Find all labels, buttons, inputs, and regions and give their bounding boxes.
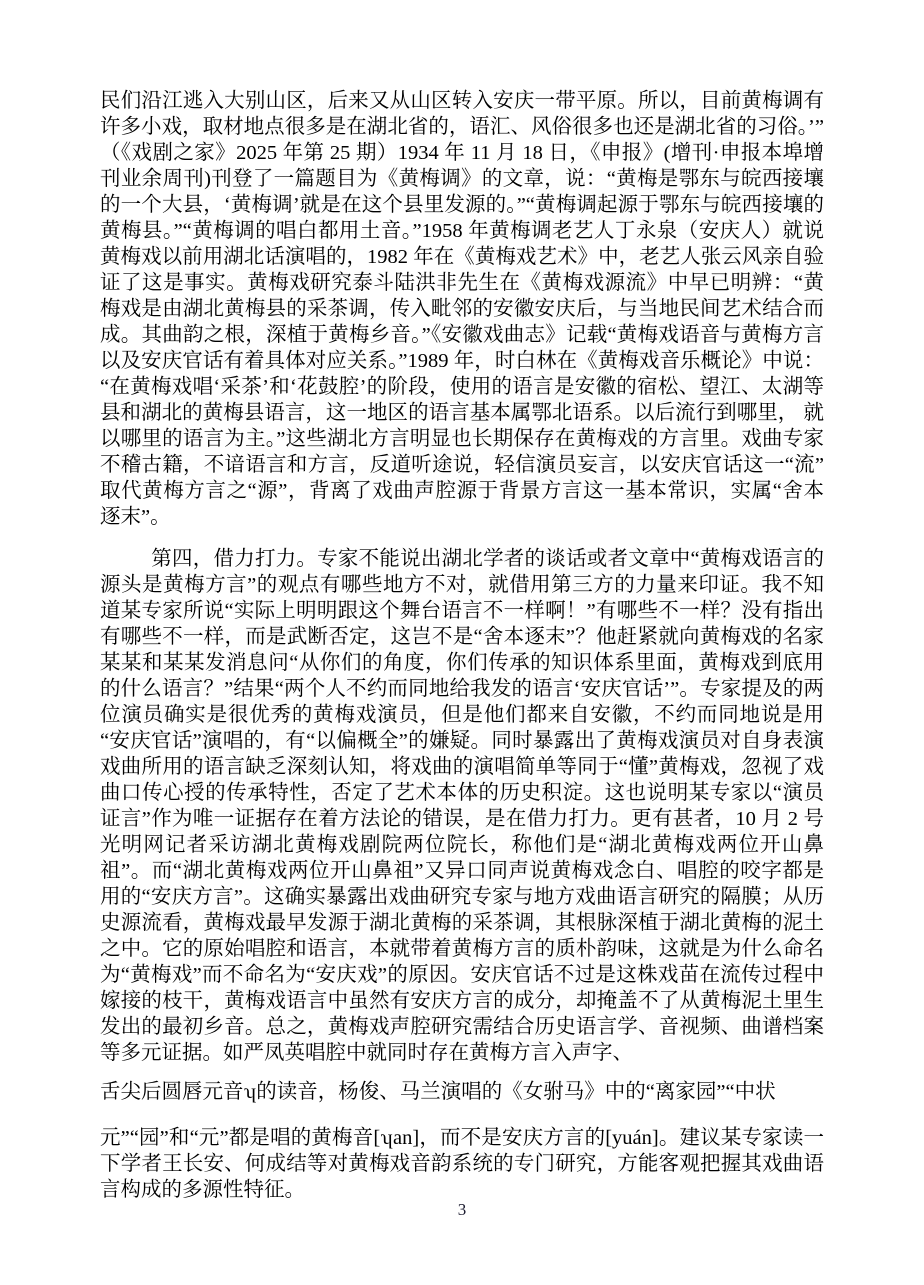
paragraph-continuation: 民们沿江逃入大别山区，后来又从山区转入安庆一带平原。所以，目前黄梅调有许多小戏，… <box>100 88 824 530</box>
page-number: 3 <box>0 1200 924 1220</box>
text-content: 民们沿江逃入大别山区，后来又从山区转入安庆一带平原。所以，目前黄梅调有许多小戏，… <box>100 88 824 1203</box>
paragraph-point-four: 第四，借力打力。专家不能说出湖北学者的谈话或者文章中“黄梅戏语言的源头是黄梅方言… <box>100 546 824 1066</box>
paragraph-ipa-line-2: 元”“园”和“元”都是唱的黄梅音[ʮan]，而不是安庆方言的[yuán]。建议某… <box>100 1125 824 1203</box>
paragraph-ipa-line-1: 舌尖后圆唇元音ʮ的读音，杨俊、马兰演唱的《女驸马》中的“离家园”“中状 <box>100 1079 824 1105</box>
document-page: 民们沿江逃入大别山区，后来又从山区转入安庆一带平原。所以，目前黄梅调有许多小戏，… <box>0 0 924 1285</box>
